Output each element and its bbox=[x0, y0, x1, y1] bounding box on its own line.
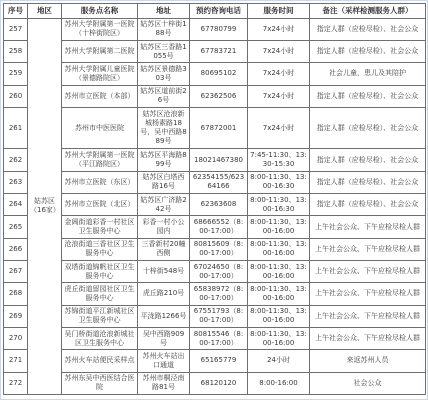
table-row: 265金阊街道彩香一村社区卫生服务中心彩香一村小公园内68666552（8:00… bbox=[4, 216, 426, 238]
cell-site-name: 虎丘街道留园社区卫生服务中心 bbox=[62, 283, 138, 305]
cell-serial: 271 bbox=[4, 350, 28, 372]
table-row: 267双塔街道锦帆社区卫生服务中心十梓街548号67024650（8:00-17… bbox=[4, 261, 426, 283]
cell-note: 上午社会公众、下午应检尽检人群 bbox=[310, 327, 426, 349]
cell-note: 上午社会公众、下午应检尽检人群 bbox=[310, 261, 426, 283]
cell-note: 指定人群（应检尽检）、社会公众 bbox=[310, 18, 426, 40]
cell-phone: 67024650（8:00-17:00） bbox=[190, 261, 248, 283]
table-row: 272苏州东吴中西医结合医院苏州市桐泾南路81号681201208:00-16:… bbox=[4, 372, 426, 394]
testing-sites-table: 序号 地区 服务点名称 地址 预约咨询电话 服务时间 备注（采样检测服务人群） … bbox=[3, 3, 426, 395]
cell-serial: 267 bbox=[4, 261, 28, 283]
cell-address: 姑苏区景德路303号 bbox=[138, 63, 190, 85]
table-body: 257姑苏区（16家）苏州大学附属第一医院（十梓街院区）姑苏区十梓街188号67… bbox=[4, 18, 426, 394]
cell-hours: 7x24小时 bbox=[248, 41, 310, 63]
cell-address: 姑苏区平海路899号 bbox=[138, 149, 190, 171]
cell-note: 指定人群（应检尽检）、社会公众 bbox=[310, 149, 426, 171]
table-row: 266沧浪街道三香社区卫生服务中心三香新村20幢西侧80815609（8:00-… bbox=[4, 238, 426, 260]
header-site-name: 服务点名称 bbox=[62, 4, 138, 19]
cell-serial: 270 bbox=[4, 327, 28, 349]
cell-hours: 8:00-11:30、13:00-16:00 bbox=[248, 261, 310, 283]
header-note: 备注（采样检测服务人群） bbox=[310, 4, 426, 19]
cell-serial: 263 bbox=[4, 171, 28, 193]
cell-serial: 272 bbox=[4, 372, 28, 394]
cell-hours: 8:00-16:00 bbox=[248, 372, 310, 394]
header-serial: 序号 bbox=[4, 4, 28, 19]
cell-address: 吴中西路909号 bbox=[138, 327, 190, 349]
cell-note: 来返苏州人员 bbox=[310, 350, 426, 372]
cell-serial: 265 bbox=[4, 216, 28, 238]
cell-hours: 8:00-11:30、13:00-16:00 bbox=[248, 305, 310, 327]
table-row: 268虎丘街道留园社区卫生服务中心虎丘路210号65838972（8:00-17… bbox=[4, 283, 426, 305]
cell-phone: 62362506 bbox=[190, 85, 248, 107]
header-address: 地址 bbox=[138, 4, 190, 19]
cell-address: 苏州市桐泾南路81号 bbox=[138, 372, 190, 394]
cell-site-name: 苏州大学附属第二医院 bbox=[62, 41, 138, 63]
cell-site-name: 苏州市中医医院 bbox=[62, 108, 138, 149]
cell-address: 彩香一村小公园内 bbox=[138, 216, 190, 238]
cell-serial: 258 bbox=[4, 41, 28, 63]
table-row: 271苏州火车站便民采样点苏州火车站出口通道6516577924小时来返苏州人员 bbox=[4, 350, 426, 372]
cell-address: 姑苏区道前街26号 bbox=[138, 85, 190, 107]
cell-note: 指定人群（应检尽检）、社会公众 bbox=[310, 171, 426, 193]
cell-site-name: 苏州火车站便民采样点 bbox=[62, 350, 138, 372]
table-row: 270吴门桥街道沧浪新城社区卫生服务中心吴中西路909号80815546（8:0… bbox=[4, 327, 426, 349]
cell-hours: 7:45-11:30、13:30-15:30 bbox=[248, 149, 310, 171]
cell-serial: 260 bbox=[4, 85, 28, 107]
cell-phone: 68120120 bbox=[190, 372, 248, 394]
cell-address: 姑苏区十梓街188号 bbox=[138, 18, 190, 40]
cell-hours: 7x24小时 bbox=[248, 85, 310, 107]
cell-site-name: 苏州东吴中西医结合医院 bbox=[62, 372, 138, 394]
cell-note: 上午社会公众、下午应检尽检人群 bbox=[310, 305, 426, 327]
cell-site-name: 苏州大学附属儿童医院（景德路院区） bbox=[62, 63, 138, 85]
cell-address: 苏州火车站出口通道 bbox=[138, 350, 190, 372]
cell-note: 上午社会公众、下午应检尽检人群 bbox=[310, 238, 426, 260]
cell-serial: 257 bbox=[4, 18, 28, 40]
cell-note: 上午社会公众、下午应检尽检人群 bbox=[310, 283, 426, 305]
cell-site-name: 苏州市立医院（北区） bbox=[62, 194, 138, 216]
cell-site-name: 沧浪街道三香社区卫生服务中心 bbox=[62, 238, 138, 260]
table-row: 263苏州市立医院（东区）姑苏区白塔西路16号62354155/62364166… bbox=[4, 171, 426, 193]
cell-address: 平泷路1266号 bbox=[138, 305, 190, 327]
cell-address: 姑苏区白塔西路16号 bbox=[138, 171, 190, 193]
table-row: 260苏州市立医院（本部）姑苏区道前街26号623625067x24小时指定人群… bbox=[4, 85, 426, 107]
cell-phone: 80815546（8:00-17:00） bbox=[190, 327, 248, 349]
cell-address: 姑苏区沧浪新城杨素路18号，吴中西路889号 bbox=[138, 108, 190, 149]
cell-hours: 24小时 bbox=[248, 350, 310, 372]
cell-serial: 259 bbox=[4, 63, 28, 85]
region-cell: 姑苏区（16家） bbox=[28, 18, 62, 394]
cell-address: 虎丘路210号 bbox=[138, 283, 190, 305]
cell-site-name: 双塔街道锦帆社区卫生服务中心 bbox=[62, 261, 138, 283]
cell-hours: 8:00-11:30、13:00-16:00 bbox=[248, 283, 310, 305]
header-hours: 服务时间 bbox=[248, 4, 310, 19]
cell-phone: 62354155/62364166 bbox=[190, 171, 248, 193]
cell-address: 十梓街548号 bbox=[138, 261, 190, 283]
cell-hours: 7x24小时 bbox=[248, 63, 310, 85]
header-district: 地区 bbox=[28, 4, 62, 19]
cell-hours: 8:00-11:30、13:00-16:30 bbox=[248, 171, 310, 193]
document-page: 序号 地区 服务点名称 地址 预约咨询电话 服务时间 备注（采样检测服务人群） … bbox=[1, 1, 427, 397]
cell-note: 上午社会公众、下午应检尽检人群 bbox=[310, 216, 426, 238]
cell-note: 指定人群（应检尽检）、社会公众 bbox=[310, 194, 426, 216]
cell-serial: 262 bbox=[4, 149, 28, 171]
cell-site-name: 苏锦街道平江新城社区卫生服务中心 bbox=[62, 305, 138, 327]
cell-serial: 261 bbox=[4, 108, 28, 149]
cell-serial: 268 bbox=[4, 283, 28, 305]
table-row: 259苏州大学附属儿童医院（景德路院区）姑苏区景德路303号806951027x… bbox=[4, 63, 426, 85]
cell-serial: 266 bbox=[4, 238, 28, 260]
cell-site-name: 苏州大学附属第一医院（平江路院区） bbox=[62, 149, 138, 171]
cell-site-name: 吴门桥街道沧浪新城社区卫生服务中心 bbox=[62, 327, 138, 349]
table-row: 262苏州大学附属第一医院（平江路院区）姑苏区平海路899号1802146738… bbox=[4, 149, 426, 171]
cell-note: 指定人群（应检尽检）、社会公众 bbox=[310, 41, 426, 63]
cell-phone: 67783721 bbox=[190, 41, 248, 63]
cell-phone: 67551793（8:00-17:00） bbox=[190, 305, 248, 327]
cell-phone: 67780799 bbox=[190, 18, 248, 40]
cell-hours: 7x24小时 bbox=[248, 108, 310, 149]
cell-site-name: 苏州市立医院（本部） bbox=[62, 85, 138, 107]
cell-phone: 18021467380 bbox=[190, 149, 248, 171]
cell-address: 姑苏区三香路1055号 bbox=[138, 41, 190, 63]
cell-address: 姑苏区广济路242号 bbox=[138, 194, 190, 216]
table-row: 257姑苏区（16家）苏州大学附属第一医院（十梓街院区）姑苏区十梓街188号67… bbox=[4, 18, 426, 40]
cell-note: 社会儿童，患儿及其陪护 bbox=[310, 63, 426, 85]
cell-serial: 269 bbox=[4, 305, 28, 327]
cell-address: 三香新村20幢西侧 bbox=[138, 238, 190, 260]
table-row: 264苏州市立医院（北区）姑苏区广济路242号623636088:00-11:3… bbox=[4, 194, 426, 216]
table-row: 269苏锦街道平江新城社区卫生服务中心平泷路1266号67551793（8:00… bbox=[4, 305, 426, 327]
cell-phone: 65838972（8:00-17:00） bbox=[190, 283, 248, 305]
cell-note: 指定人群（应检尽检）、社会公众 bbox=[310, 85, 426, 107]
table-row: 258苏州大学附属第二医院姑苏区三香路1055号677837217x24小时指定… bbox=[4, 41, 426, 63]
cell-phone: 62363608 bbox=[190, 194, 248, 216]
header-phone: 预约咨询电话 bbox=[190, 4, 248, 19]
table-header-row: 序号 地区 服务点名称 地址 预约咨询电话 服务时间 备注（采样检测服务人群） bbox=[4, 4, 426, 19]
cell-site-name: 苏州大学附属第一医院（十梓街院区） bbox=[62, 18, 138, 40]
cell-note: 指定人群（应检尽检）、社会公众 bbox=[310, 108, 426, 149]
cell-phone: 65165779 bbox=[190, 350, 248, 372]
cell-serial: 264 bbox=[4, 194, 28, 216]
cell-hours: 8:00-11:30、13:00-16:00 bbox=[248, 327, 310, 349]
cell-phone: 67872001 bbox=[190, 108, 248, 149]
cell-phone: 80695102 bbox=[190, 63, 248, 85]
cell-phone: 80815609（8:00-17:00） bbox=[190, 238, 248, 260]
cell-note: 社会公众 bbox=[310, 372, 426, 394]
cell-hours: 8:00-11:30、13:00-16:30 bbox=[248, 194, 310, 216]
table-row: 261苏州市中医医院姑苏区沧浪新城杨素路18号，吴中西路889号67872001… bbox=[4, 108, 426, 149]
cell-hours: 7x24小时 bbox=[248, 18, 310, 40]
cell-phone: 68666552（8:00-17:00） bbox=[190, 216, 248, 238]
cell-site-name: 金阊街道彩香一村社区卫生服务中心 bbox=[62, 216, 138, 238]
cell-site-name: 苏州市立医院（东区） bbox=[62, 171, 138, 193]
cell-hours: 8:00-11:30、13:00-16:00 bbox=[248, 216, 310, 238]
cell-hours: 8:00-11:30、13:00-16:00 bbox=[248, 238, 310, 260]
